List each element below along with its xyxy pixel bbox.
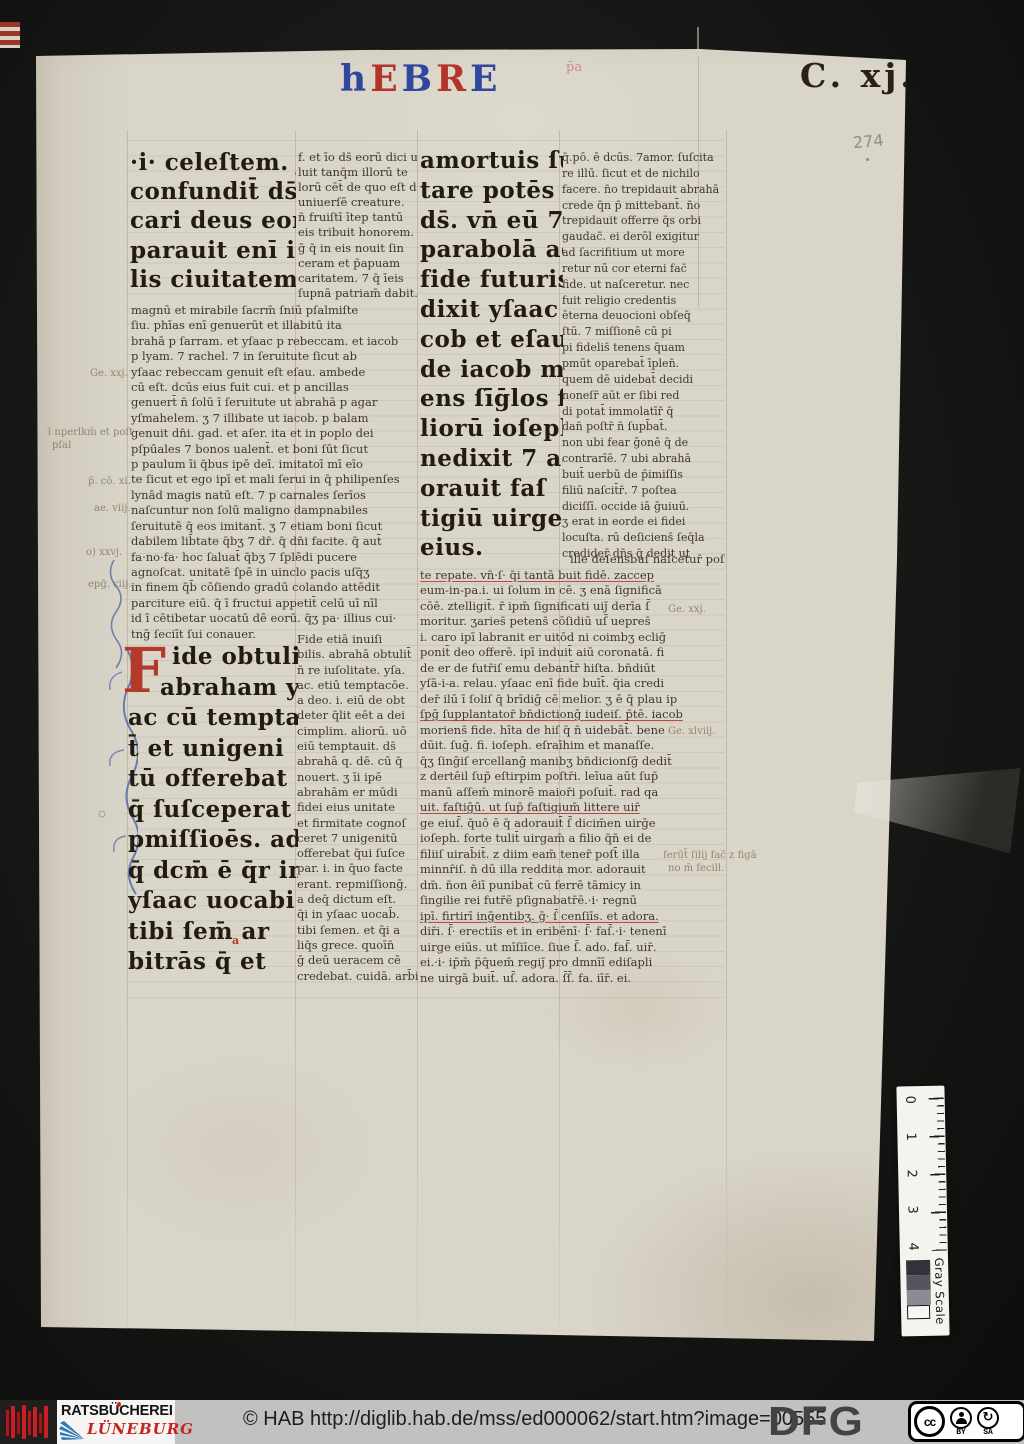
scripture-line: tū offerebat (128, 764, 298, 795)
text-block-gloss-middle-top: f. et īo ds̄ eorū dici uoluit tanq̄m ill… (298, 150, 417, 303)
scripture-line: de iacob mori (420, 355, 563, 385)
ruler-number: 0 (902, 1093, 917, 1107)
scripture-line: confundit̄ ds̄ uo (130, 177, 296, 206)
gloss-line: trepidauit offerre q̄s orbi (562, 213, 725, 229)
gloss-line: locuſta. rū deſiciens̄ ſeq̄la (562, 530, 725, 546)
gloss-line: yſaac rebeccam genuit eſt eſau. ambede (131, 365, 418, 380)
gloss-line: filiū naſcit̄r̄. 7 poſtea (562, 483, 725, 499)
text-block-gloss-right: q̄.pō. ē dcūs. 7amor. ſuſcitare illū. ſi… (562, 150, 725, 563)
gloss-line: eiū temptauit. ds̄ (297, 739, 418, 754)
gloss-line: id ī cētibetar uocatū dē eorū. q̄ʒ pa· i… (131, 611, 418, 626)
fanned-book-icon (58, 1419, 86, 1443)
gloss-line: in finem q̄b̄ cōſiendo gradū colando att… (131, 580, 418, 595)
cc-sa-label: SA (983, 1428, 993, 1437)
scripture-line: q̄ dcm̄ ē q̄r in (128, 856, 298, 887)
gloss-line: ad ſacrifitium ut more (562, 245, 725, 261)
scripture-line: dixit yſaac ia (420, 295, 563, 325)
gloss-line: quem dē uidebat̄ decidi (562, 372, 725, 388)
gloss-line: ipī. firtirī inḡentibʒ. ḡ· ſ̄ cenſiīs. e… (420, 909, 725, 925)
gloss-line: erant. repmiſſionḡ. (297, 877, 418, 892)
running-title-letter: R (436, 58, 467, 100)
gloss-line: luit tanq̄m illorū te (298, 165, 417, 180)
scripture-line: cob et eſau. fi (420, 325, 563, 355)
copyright-url-text: © HAB http://diglib.hab.de/mss/ed000062/… (243, 1408, 826, 1431)
gloss-line: moritur. ʒaries̄ petens̄ cōſidiū uſ̄ uep… (420, 614, 725, 630)
cc-license-badge: cc BY ↻ SA (908, 1401, 1024, 1442)
text-block-gloss-wide-right: ille deſensbuſ naſcetur̄ poſſe p̄ deum̄t… (420, 552, 725, 988)
margin-note: ferūt̄ ſilij fac̄ z figā (663, 850, 757, 861)
grayscale-patches (906, 1260, 931, 1319)
scripture-line: lis ciuitatem. (130, 265, 296, 294)
gloss-line: fide. ut naſceretur. nec (562, 277, 725, 293)
pencil-foliation: 274 (852, 131, 884, 153)
gloss-line: yſmahelem. ʒ 7 illibate ut iacob. p bala… (131, 411, 418, 426)
library-logo-text: RATSBÜCHEREI LÜNEBURG (57, 1400, 175, 1444)
gloss-line: ceret 7 unigenitū (297, 831, 418, 846)
text-block-main-left-bottom: ide obtulitabraham yſaac cū temptarēt̄ e… (128, 642, 298, 980)
gloss-line: dir̄i. ſ̄· erectiīs et in eribēnī· ſ̄· f… (420, 924, 725, 940)
manuscript-photo: hEBRE p̄a C. xj. 274 ·i· celeſtem. jō ñc… (0, 0, 1024, 1400)
gray-patch (906, 1275, 930, 1290)
gloss-line: abrahā q. dē. cū q̄ (297, 754, 418, 769)
scripture-line: pmiſſioēs. ad (128, 825, 298, 856)
red-bars-icon (0, 1400, 57, 1444)
gloss-line: dm̄. n̄on ēiī punibat̄ cū ferrē tāmicy i… (420, 878, 725, 894)
scripture-line: orauit faſ (420, 474, 563, 504)
text-block-main-right: amortuis ſuſcitare potēs eſtds̄. vn̄ eū … (420, 146, 563, 566)
scripture-line: amortuis ſuſci (420, 146, 563, 176)
grayscale-label: Gray Scale (932, 1258, 947, 1325)
gloss-line: contrarīē. 7 ubi abrahā (562, 451, 725, 467)
gloss-line: uirge eiūs. ut mīſiīce. ſiue ſ̄. ado. fa… (420, 940, 725, 956)
gloss-line: agnoſcat. unitatē ſpē in uinclo pacis uſ… (131, 565, 418, 580)
gloss-line: pi fidelis̄ tenens q̄uam (562, 340, 725, 356)
gray-patch (906, 1260, 930, 1275)
parchment-page: hEBRE p̄a C. xj. 274 ·i· celeſtem. jō ñc… (0, 0, 1024, 1400)
gloss-line: n̄ re iuſolitate. yſa. (297, 663, 418, 678)
scripture-line: q̄ ſuſceperat re (128, 795, 298, 826)
gloss-line: ge eiuſ̄. q̄uō ē q̄ adorauit̄ ſ̄ dicim̄e… (420, 816, 725, 832)
gloss-line: eum-in-pa.i. ui ſolum in cē. ʒ enā ſigni… (420, 583, 725, 599)
gloss-line: cimplim. aliorū. uō (297, 724, 418, 739)
gloss-line: ſupnā patriam̄ dabit. (298, 286, 417, 301)
running-title-hebre: hEBRE (340, 58, 498, 100)
gloss-line: caritatem. 7 q̄ īeis (298, 271, 417, 286)
gloss-line: ſeruitutē q̄ eos imitant̄. ʒ 7 etiam bon… (131, 519, 418, 534)
margin-note: Ge. xxj. (90, 368, 128, 379)
scripture-line: ac cū temptarē (128, 703, 298, 734)
scripture-line: tigiū uirge (420, 504, 563, 534)
scripture-line: t̄ et unigeni (128, 734, 298, 765)
gloss-line: non ubi fear ḡonē q̄ de (562, 435, 725, 451)
gloss-line: magnū et mirabile ſacrm̄ ſniū pſalmiſte (131, 303, 418, 318)
scripture-line: ide obtulit (172, 642, 298, 673)
gloss-line: ioſeph. forte tulit̄ uirgam̄ a filio q̄n… (420, 831, 725, 847)
gloss-line: ḡ q̄ in eis nouit ſin (298, 241, 417, 256)
text-block-gloss-middle-bottom: Fide etiā inuiſibilis. abrahā obtulit̄n̄… (297, 632, 418, 986)
running-title-letter: E (470, 58, 498, 100)
gloss-line: offerebat q̄ui ſuſce (297, 846, 418, 861)
gloss-line: tibi ſemen. et q̄i a (297, 923, 418, 938)
gloss-line: gaudac̄. ei derōl exigitur (562, 229, 725, 245)
scripture-line: ·i· celeſtem. jō ñ (130, 148, 296, 177)
scripture-line: parauit enī il (130, 236, 296, 265)
gloss-line: bilis. abrahā obtulit̄ (297, 647, 418, 662)
margin-note: no m̄ fecill. (668, 863, 724, 874)
margin-note: p̄. cō. xi. (88, 476, 131, 487)
grayscale-ruler: 01234 Gray Scale (896, 1086, 949, 1337)
cc-sa-arrow-icon: ↻ (977, 1407, 999, 1429)
umlaut-red-dot (117, 1402, 121, 1407)
gloss-line: par. i. in q̄uo facte (297, 861, 418, 876)
gloss-line: ceram et p̄apuam (298, 256, 417, 271)
gloss-line: lynād magis natū eſt. 7 p carnales ſerīo… (131, 488, 418, 503)
ruler-number: 1 (903, 1129, 918, 1143)
gloss-line: et firmitate cognoſ (297, 816, 418, 831)
scripture-line: bitrās q̄ et (128, 947, 298, 978)
gloss-line: di potat̄ immolatīr̄ q̄ (562, 404, 725, 420)
gloss-line: genuert̄ n̄ ſolū ī ſeruitute ut abrahā p… (131, 395, 418, 410)
gloss-line: pmūt oparebat̄ īplen̄. (562, 356, 725, 372)
gloss-line: ſpḡ ſupplantator̄ bn̄dictionḡ iudeiſ. p̄… (420, 707, 725, 723)
gloss-line: yſā-i-a. relau. yſaac enī fide buīt̄. q̄… (420, 676, 725, 692)
gloss-line: q̄i in yſaac uocab̄. (297, 907, 418, 922)
book-headband (0, 22, 20, 48)
scan-viewer: { "photo": { "running_title": { "word": … (0, 0, 1024, 1444)
gray-patch (907, 1305, 930, 1319)
gloss-line: retur nū cor eterni fac̄ (562, 261, 725, 277)
scripture-line: cari deus eorū. (130, 206, 296, 235)
gloss-line: te ſicut et ego ipī et mali ſerui in q̄ … (131, 472, 418, 487)
gloss-line: Fide etiā inuiſi (297, 632, 418, 647)
scripture-line: tibi ſem̄ ar (128, 917, 298, 948)
gloss-line: uit. faſtiḡū. ut ſup̄ faſtigium̄ littere… (420, 800, 725, 816)
cc-by-item: BY (950, 1407, 972, 1437)
cc-sa-item: ↻ SA (977, 1407, 999, 1437)
gloss-line: abrahām er mūdi (297, 785, 418, 800)
gloss-line: q̄ʒ ſinḡiſ ercellanḡ manibʒ bn̄dicionſḡ … (420, 754, 725, 770)
gloss-line: p lyam. 7 rachel. 7 in ſeruitute ſicut a… (131, 349, 418, 364)
gloss-line: brahā p ſarram. et yſaac p rebeccam. et … (131, 334, 418, 349)
gloss-line: buit̄ uerbū de p̄imiſſis (562, 467, 725, 483)
cc-icon: cc (914, 1406, 945, 1437)
ruler-number: 4 (905, 1240, 920, 1254)
gloss-line: re illū. ſicut et de nichilo (562, 166, 725, 182)
gloss-line: diciſſī. occide iā ḡuiuū. (562, 499, 725, 515)
scripture-line: parabolā accep̄ (420, 235, 563, 265)
library-city: LÜNEBURG (87, 1420, 194, 1438)
margin-note: Ge. xxj. (668, 604, 706, 615)
gloss-line: uniuerſē creature. (298, 195, 417, 210)
scripture-line: yſaac uocabi (128, 886, 298, 917)
gloss-line: dūit. ſuḡ. fi. ioſeph. eſraīhim et manaſ… (420, 738, 725, 754)
library-logo-mark (0, 1400, 57, 1444)
gloss-line: a deo. i. eiū de obt (297, 693, 418, 708)
red-correction-mark: a (232, 934, 239, 947)
ruler-numbers: 01234 (903, 1092, 920, 1254)
gloss-line: parciture eiū. q̄ ī fructui appetit̄ cel… (131, 596, 418, 611)
gloss-line: ḡ deū ueracem cē (297, 953, 418, 968)
gloss-line: noneſr̄ aūt er ſibi red (562, 388, 725, 404)
gloss-line: liq̄s grece. quoīn̄ (297, 938, 418, 953)
margin-note: Ge. xlviij. (668, 726, 715, 737)
gloss-line: z dertēil ſup̄ eſtirpim poſtr̄i. leīua a… (420, 769, 725, 785)
gloss-line: lorū cēt̄ de quo eſt ds̄ (298, 180, 417, 195)
ruler-number: 2 (904, 1166, 919, 1180)
gloss-line: ſingilie rei futr̄ē pſignabatr̄ē.·i· reg… (420, 893, 725, 909)
gloss-line: naſcuntur non ſolū maligno dampnabiles (131, 503, 418, 518)
scripture-line: fide futuris bn̄ (420, 265, 563, 295)
chapter-number: C. xj. (800, 56, 916, 95)
pencil-dot (866, 158, 869, 161)
gloss-line: genuit dn̄i. gad. et aſer. ita et in pop… (131, 426, 418, 441)
gloss-line: fuit religio credentis (562, 293, 725, 309)
gloss-line: der̄ ilū ī ſoliſ q̄ brīdiḡ cē melior. ʒ … (420, 692, 725, 708)
running-title-letter: B (402, 58, 433, 100)
gloss-line: te repate. vn̄·ſ· q̄i tantā buit fidē. z… (420, 568, 725, 584)
margin-note: o) xxvj. (86, 547, 122, 558)
column-rule (726, 130, 727, 1325)
gloss-line: ſtū. 7 miſſionē cū pi (562, 324, 725, 340)
gloss-line: q̄.pō. ē dcūs. 7amor. ſuſcita (562, 150, 725, 166)
margin-note: ae. viij. (94, 503, 131, 514)
gloss-line: i. caro ipī labranit er uitōd ni coimbʒ … (420, 630, 725, 646)
gloss-line: f. et īo ds̄ eorū dici uo (298, 150, 417, 165)
scripture-line: tare potēs eſt (420, 176, 563, 206)
gloss-line: manū aſſem̄ minorē maior̄i poſuit̄. rad … (420, 785, 725, 801)
scripture-line: abraham yſa (160, 673, 298, 704)
gloss-line: dan̄ poſtr̄ n̄ ſupb̄at̄. (562, 419, 725, 435)
gloss-line: de er de futr̄iſ emu debant̄r̄ hiſta. bn… (420, 661, 725, 677)
scripture-line: ens ſīḡlos fi (420, 384, 563, 414)
quire-mark: p̄a (566, 60, 582, 75)
gloss-line: dabilem lib̄tate q̄bʒ 7 dr̄. q̄ dn̄i fac… (131, 534, 418, 549)
gloss-line: ponit̄ deo offerē. ipī induit̄ aiū coron… (420, 645, 725, 661)
text-block-main-left-top: ·i· celeſtem. jō ñconfundit̄ ds̄ uocari … (130, 148, 296, 298)
gloss-line: fa·no·fa· hoc ſaluat̄ q̄bʒ 7 ſplēdi puce… (131, 550, 418, 565)
gloss-line: n̄ fruiſtī ītep tantū (298, 210, 417, 225)
gloss-line: credebat. cuidā. arb̄i (297, 969, 418, 984)
gloss-line: nouert. ʒ īi ipē (297, 770, 418, 785)
margin-note: ī nperlkm̄ et poſt (48, 427, 133, 438)
book-spine-edge (0, 24, 30, 1376)
gray-patch (907, 1290, 931, 1305)
gloss-line: deter q̄lit eēt a dei (297, 708, 418, 723)
gloss-line: fidei eius unitate (297, 800, 418, 815)
margin-note: epḡ. ciij. (88, 579, 131, 590)
footer-bar: RATSBÜCHEREI LÜNEBURG © HAB http://digli… (0, 1400, 1024, 1444)
gloss-line: pſpūales 7 bonos ualent̄. et boni ſūt ſi… (131, 442, 418, 457)
gloss-line: ēterna deuocioni obſeq̄ (562, 308, 725, 324)
gloss-line: a deq̄ dictum eſt. (297, 892, 418, 907)
cc-by-label: BY (956, 1428, 966, 1437)
scripture-line: nedixit 7 ad (420, 444, 563, 474)
cc-by-person-icon (950, 1407, 972, 1429)
gloss-line: ſiu. phīas enī genuerūt et illabitū ita (131, 318, 418, 333)
scripture-line: liorū ioſeph be (420, 414, 563, 444)
gloss-line: cū eſt. dcūs eius fuit cui. et p ancilla… (131, 380, 418, 395)
gloss-line: ille deſensbuſ naſcetur̄ poſſe p̄ deum̄ (570, 552, 725, 568)
margin-note: pſal (52, 440, 71, 451)
gloss-line: ei.·i· ip̄m̄ p̄q̄uem̄ regij̄ pro dmnīī e… (420, 955, 725, 971)
gloss-line: p paulum īi q̄bus ipē deī. imitatoī mī e… (131, 457, 418, 472)
ruler-number: 3 (904, 1203, 919, 1217)
dfg-logo: DFG (768, 1399, 864, 1444)
scripture-line: ds̄. vn̄ eū 7 in (420, 206, 563, 236)
ruler-major-ticks (929, 1098, 947, 1251)
gloss-line: facere. n̄o trepidauit abrahā (562, 182, 725, 198)
gloss-line: ʒ erat in eorde ei fidei (562, 514, 725, 530)
gloss-line: ac. etiū temptacōe. (297, 678, 418, 693)
gloss-line: eis tribuit honorem. (298, 225, 417, 240)
running-title-letter: E (370, 58, 398, 100)
gloss-line: crede q̄n p̄ mittebant̄. n̄o (562, 198, 725, 214)
gloss-line: ne uirgā buit̄. uſ̄. adora. ſ̄ſ̄. fa. iī… (420, 971, 725, 987)
running-title-letter: h (340, 58, 367, 100)
text-block-gloss-wide-left: magnū et mirabile ſacrm̄ ſniū pſalmiſteſ… (131, 303, 418, 643)
